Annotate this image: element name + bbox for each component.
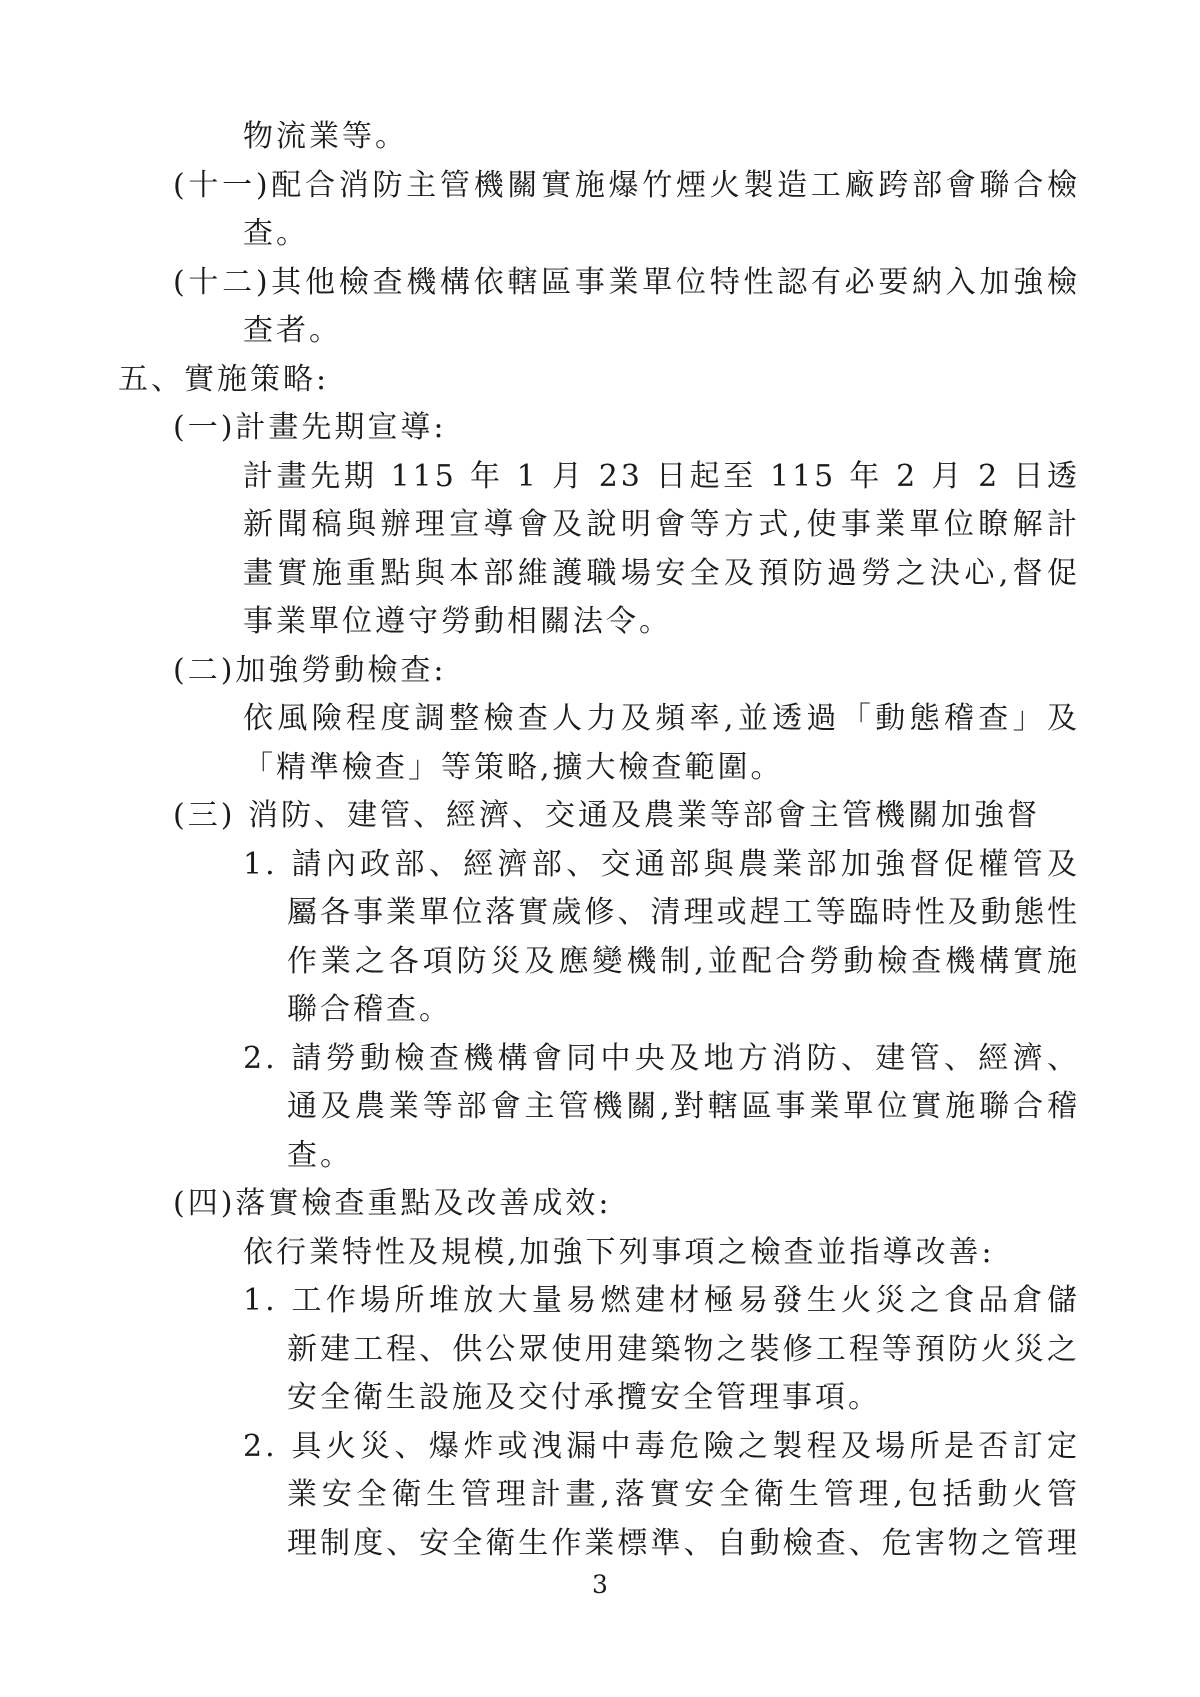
text-line: 屬各事業單位落實歲修、清理或趕工等臨時性及動態性 (287, 889, 1080, 938)
text-line: 安全衛生設施及交付承攬安全管理事項。 (287, 1374, 1080, 1423)
text-line: 1. 工作場所堆放大量易燃建材極易發生火災之食品倉儲 (243, 1277, 1080, 1326)
text-line: (十二)其他檢查機構依轄區事業單位特性認有必要納入加強檢 (173, 259, 1080, 308)
text-line: 業安全衛生管理計畫,落實安全衛生管理,包括動火管 (287, 1471, 1080, 1520)
text-line: (一)計畫先期宣導: (173, 404, 1080, 453)
text-line: 通及農業等部會主管機關,對轄區事業單位實施聯合稽 (287, 1083, 1080, 1132)
text-line: (十一)配合消防主管機關實施爆竹煙火製造工廠跨部會聯合檢 (173, 162, 1080, 211)
text-line: (三) 消防、建管、經濟、交通及農業等部會主管機關加強督導: (173, 792, 1080, 841)
page-number: 3 (592, 1570, 608, 1599)
text-line: (四)落實檢查重點及改善成效: (173, 1180, 1080, 1229)
text-line: 查。 (287, 1132, 1080, 1181)
text-line: 物流業等。 (243, 113, 1080, 162)
text-line: 作業之各項防災及應變機制,並配合勞動檢查機構實施 (287, 938, 1080, 987)
document-body: 物流業等。(十一)配合消防主管機關實施爆竹煙火製造工廠跨部會聯合檢查。(十二)其… (0, 113, 1200, 1568)
document-page: 物流業等。(十一)配合消防主管機關實施爆竹煙火製造工廠跨部會聯合檢查。(十二)其… (0, 0, 1200, 1697)
text-line: 新建工程、供公眾使用建築物之裝修工程等預防火災之 (287, 1326, 1080, 1375)
text-line: 查。 (243, 210, 1080, 259)
text-line: 計畫先期 115 年 1 月 23 日起至 115 年 2 月 2 日透過發布 (243, 453, 1080, 502)
text-line: 「精準檢查」等策略,擴大檢查範圍。 (243, 744, 1080, 793)
text-line: 理制度、安全衛生作業標準、自動檢查、危害物之管理 (287, 1520, 1080, 1569)
text-line: 新聞稿與辦理宣導會及說明會等方式,使事業單位瞭解計 (243, 501, 1080, 550)
text-line: 2. 具火災、爆炸或洩漏中毒危險之製程及場所是否訂定職 (243, 1423, 1080, 1472)
text-line: 五、實施策略: (118, 356, 1080, 405)
page-footer: 3 (0, 1570, 1200, 1600)
text-line: (二)加強勞動檢查: (173, 647, 1080, 696)
text-line: 依行業特性及規模,加強下列事項之檢查並指導改善: (243, 1229, 1080, 1278)
text-line: 畫實施重點與本部維護職場安全及預防過勞之決心,督促 (243, 550, 1080, 599)
text-line: 依風險程度調整檢查人力及頻率,並透過「動態稽查」及 (243, 695, 1080, 744)
text-line: 1. 請內政部、經濟部、交通部與農業部加強督促權管及所 (243, 841, 1080, 890)
text-line: 聯合稽查。 (287, 986, 1080, 1035)
text-line: 查者。 (243, 307, 1080, 356)
text-line: 2. 請勞動檢查機構會同中央及地方消防、建管、經濟、交 (243, 1035, 1080, 1084)
text-line: 事業單位遵守勞動相關法令。 (243, 598, 1080, 647)
